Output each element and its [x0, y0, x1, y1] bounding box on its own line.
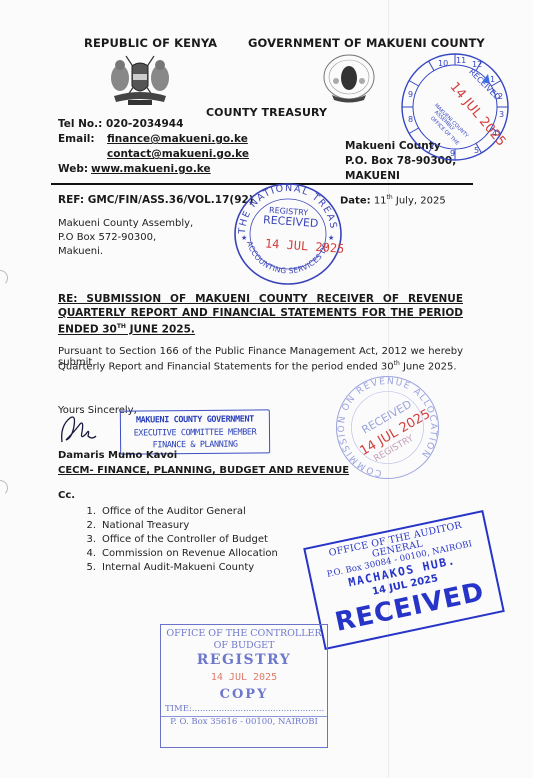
svg-text:5: 5 [474, 146, 479, 155]
subject-line-2: QUARTERLY REPORT AND FINANCIAL STATEMENT… [58, 306, 463, 321]
cob-stamp-copy: COPY [161, 687, 327, 703]
cra-received-stamp: COMMISSION ON REVENUE ALLOCATION RECEIVE… [335, 375, 440, 480]
cecm-stamp-line-1: MAKUENI COUNTY GOVERNMENT [121, 413, 269, 427]
assembly-received-stamp: 101112 123 459 89 RECEIVED 14 JUL 2025 M… [400, 52, 510, 162]
web-link[interactable]: www.makueni.go.ke [91, 163, 211, 175]
email-link-finance[interactable]: finance@makueni.go.ke [107, 133, 248, 145]
cecm-stamp-line-2: EXECUTIVE COMMITTEE MEMBER [121, 426, 269, 440]
address-line-3: MAKUENI [345, 170, 400, 182]
county-title: GOVERNMENT OF MAKUENI COUNTY [248, 36, 485, 50]
cc-item: 4.Commission on Revenue Allocation [80, 547, 278, 561]
cecm-stamp: MAKUENI COUNTY GOVERNMENT EXECUTIVE COMM… [120, 409, 270, 454]
cob-stamp-date: 14 JUL 2025 [161, 669, 327, 687]
subject-ended: ENDED 30 [58, 324, 117, 336]
svg-text:RECEIVED: RECEIVED [263, 213, 319, 230]
svg-text:COMMISSION ON REVENUE ALLOCATI: COMMISSION ON REVENUE ALLOCATION [337, 377, 438, 478]
cob-stamp-line-2: OF BUDGET [161, 640, 327, 651]
body-line-2: Quarterly Report and Financial Statement… [58, 360, 457, 372]
cc-item: 1.Office of the Auditor General [80, 505, 278, 519]
svg-text:11: 11 [456, 56, 466, 65]
cc-num: 1. [80, 505, 96, 519]
subject-sup: TH [117, 323, 126, 330]
svg-text:★: ★ [328, 234, 334, 242]
reference-number: REF: GMC/FIN/ASS.36/VOL.17(92) [58, 194, 254, 206]
cc-num: 4. [80, 547, 96, 561]
cc-num: 5. [80, 561, 96, 575]
kenya-coat-of-arms-icon [108, 52, 172, 108]
punch-hole-mark [0, 480, 8, 496]
svg-text:1: 1 [490, 75, 495, 84]
subject-line-1: RE: SUBMISSION OF MAKUENI COUNTY RECEIVE… [58, 292, 463, 307]
body-end: June 2025. [400, 361, 457, 372]
letter-date: Date: 11th July, 2025 [340, 194, 446, 206]
national-treasury-stamp: THE NATIONAL TREASURY ACCOUNTING SERVICE… [233, 182, 343, 286]
republic-title: REPUBLIC OF KENYA [84, 36, 217, 50]
svg-text:8: 8 [408, 115, 413, 124]
svg-text:9: 9 [408, 90, 413, 99]
controller-of-budget-stamp: OFFICE OF THE CONTROLLER OF BUDGET REGIS… [160, 624, 328, 748]
email-label: Email: [58, 133, 95, 145]
signatory-title: CECM- FINANCE, PLANNING, BUDGET AND REVE… [58, 465, 349, 476]
cc-num: 3. [80, 533, 96, 547]
svg-text:★: ★ [241, 234, 247, 242]
cc-item: 2.National Treasury [80, 519, 278, 533]
cc-text: Commission on Revenue Allocation [102, 548, 278, 559]
cc-num: 2. [80, 519, 96, 533]
cc-text: Internal Audit-Makueni County [102, 562, 254, 573]
recipient-line-2: P.O Box 572-90300, [58, 232, 156, 243]
subject-line-3: ENDED 30TH JUNE 2025. [58, 320, 195, 337]
makueni-county-seal-icon [322, 53, 376, 105]
cob-stamp-registry: REGISTRY [161, 651, 327, 669]
cob-stamp-time: TIME:...................................… [161, 703, 327, 716]
cc-text: National Treasury [102, 520, 189, 531]
cc-item: 3.Office of the Controller of Budget [80, 533, 278, 547]
recipient-line-3: Makueni. [58, 246, 103, 257]
svg-text:10: 10 [438, 59, 448, 68]
signatory-name: Damaris Mumo Kavoi [58, 450, 177, 461]
signature-icon [58, 412, 98, 446]
tel-number: Tel No.: 020-2034944 [58, 118, 183, 130]
cc-list: 1.Office of the Auditor General 2.Nation… [80, 505, 278, 575]
date-label: Date: [340, 195, 371, 206]
subject-date: JUNE 2025. [126, 324, 195, 336]
cob-stamp-pobox: P. O. Box 35616 - 00100, NAIROBI [161, 716, 327, 728]
cc-item: 5.Internal Audit-Makueni County [80, 561, 278, 575]
department-title: COUNTY TREASURY [206, 106, 327, 119]
svg-text:3: 3 [499, 110, 504, 119]
svg-text:9: 9 [450, 149, 455, 158]
cob-stamp-line-1: OFFICE OF THE CONTROLLER [161, 628, 327, 640]
cc-text: Office of the Auditor General [102, 506, 246, 517]
cc-label: Cc. [58, 490, 75, 501]
body-text: Quarterly Report and Financial Statement… [58, 361, 394, 372]
cc-text: Office of the Controller of Budget [102, 534, 268, 545]
auditor-general-stamp: OFFICE OF THE AUDITOR GENERAL P.O. Box 3… [303, 510, 505, 650]
date-rest: July, 2025 [396, 195, 446, 206]
date-day: 11 [374, 195, 387, 206]
punch-hole-mark [0, 270, 8, 286]
date-sup: th [387, 194, 393, 201]
web-label: Web: [58, 163, 88, 175]
recipient-line-1: Makueni County Assembly, [58, 218, 193, 229]
email-link-contact[interactable]: contact@makueni.go.ke [107, 148, 249, 160]
